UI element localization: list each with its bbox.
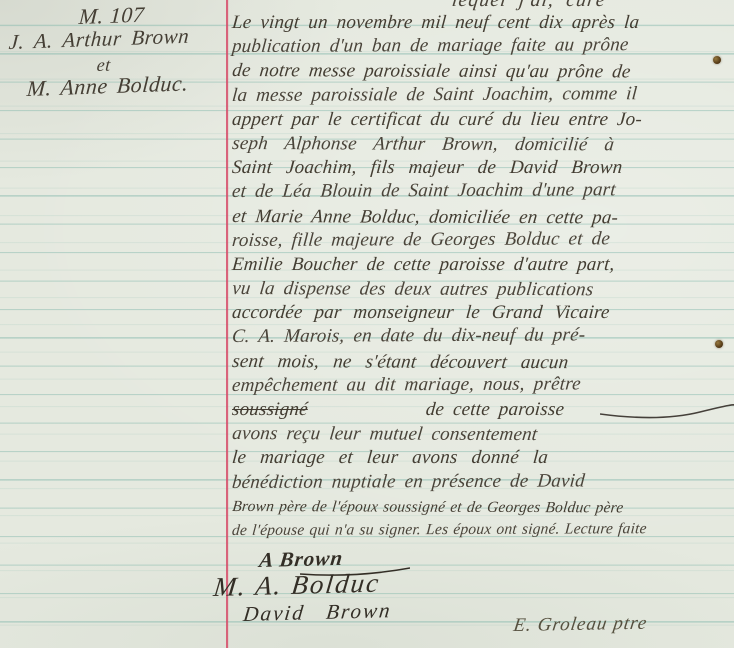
signature-priest: E. Groleau ptre [512,613,649,637]
record-line: vu la dispense des deux autres publicati… [231,277,734,303]
margin-groom-name: J. A. Arthur Brown [8,24,190,55]
record-body: Le vingt un novembre mil neuf cent dix a… [231,11,734,543]
record-line-with-insertion: soussignéde cette paroisse [231,398,734,422]
record-line: accordée par monseigneur le Grand Vicair… [231,301,734,325]
signature-bride: M. A. Bolduc [212,568,382,603]
record-line: avons reçu leur mutuel consentement [231,422,734,448]
margin-bride-name: M. Anne Bolduc. [26,70,189,102]
margin-annotations: M. 107 J. A. Arthur Brown et M. Anne Bol… [0,0,226,140]
paper-stain [713,56,721,64]
record-line: appert par le certificat du curé du lieu… [231,108,734,132]
record-line: de l'épouse qui n'a su signer. Les époux… [231,517,734,543]
struck-word: soussigné [231,399,309,420]
record-line: Saint Joachim, fils majeur de David Brow… [231,156,734,180]
inserted-phrase: de cette paroisse [425,399,565,420]
record-line: Emilie Boucher de cette paroisse d'autre… [231,253,734,277]
paper-stain [715,340,723,348]
record-line: empêchement au dit mariage, nous, prêtre [231,372,734,398]
record-line: et de Léa Blouin de Saint Joachim d'une … [231,178,734,204]
record-line: la messe paroissiale de Saint Joachim, c… [231,81,734,107]
record-line: bénédiction nuptiale en présence de Davi… [231,468,734,494]
record-line: roisse, fille majeure de Georges Bolduc … [231,226,734,252]
record-line: C. A. Marois, en date du dix-neuf du pré… [231,323,734,349]
register-page: M. 107 J. A. Arthur Brown et M. Anne Bol… [0,0,734,648]
record-line: le mariage et leur avons donné la [231,446,734,470]
record-line: Le vingt un novembre mil neuf cent dix a… [231,11,734,35]
record-line: seph Alphonse Arthur Brown, domicilié à [231,132,734,158]
record-line: publication d'un ban de mariage faite au… [231,33,734,59]
red-margin-line [226,0,228,648]
signature-witness: David Brown [242,598,393,627]
